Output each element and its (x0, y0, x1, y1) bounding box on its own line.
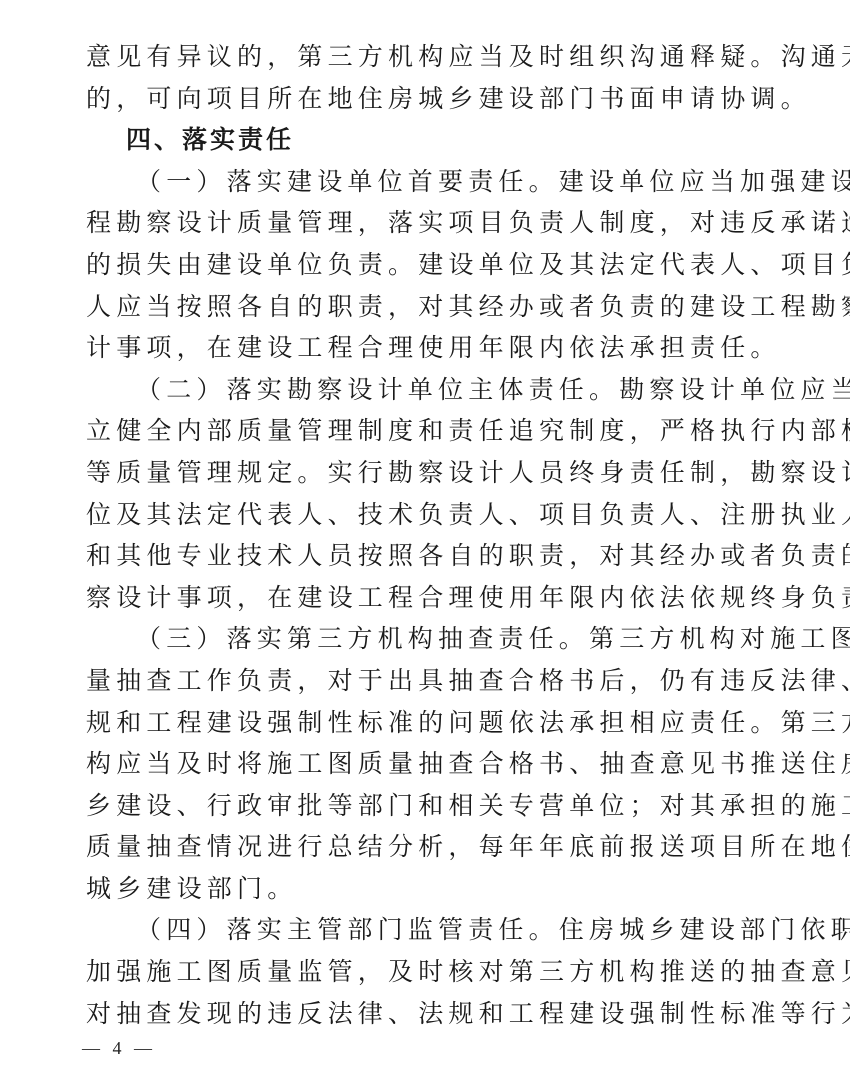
text-line: 加强施工图质量监管，及时核对第三方机构推送的抽查意见书， (86, 951, 726, 993)
text-line: 构应当及时将施工图质量抽查合格书、抽查意见书推送住房城 (86, 743, 726, 785)
paragraph-2: （二）落实勘察设计单位主体责任。勘察设计单位应当建 立健全内部质量管理制度和责任… (86, 369, 726, 619)
text-line: （二）落实勘察设计单位主体责任。勘察设计单位应当建 (86, 369, 726, 411)
paragraph-1: （一）落实建设单位首要责任。建设单位应当加强建设工 程勘察设计质量管理，落实项目… (86, 161, 726, 369)
text-line: 城乡建设部门。 (86, 868, 726, 910)
paragraph-4: （四）落实主管部门监管责任。住房城乡建设部门依职责 加强施工图质量监管，及时核对… (86, 909, 726, 1034)
paragraph-3: （三）落实第三方机构抽查责任。第三方机构对施工图质 量抽查工作负责，对于出具抽查… (86, 618, 726, 909)
text-line: 位及其法定代表人、技术负责人、项目负责人、注册执业人员 (86, 494, 726, 536)
text-line: 立健全内部质量管理制度和责任追究制度，严格执行内部校审 (86, 410, 726, 452)
page-number: — 4 — (82, 1038, 156, 1059)
text-line: 规和工程建设强制性标准的问题依法承担相应责任。第三方机 (86, 702, 726, 744)
text-line: 程勘察设计质量管理，落实项目负责人制度，对违反承诺造成 (86, 202, 726, 244)
text-line: 意见有异议的，第三方机构应当及时组织沟通释疑。沟通无果 (86, 36, 726, 78)
text-line: 的，可向项目所在地住房城乡建设部门书面申请协调。 (86, 78, 726, 120)
section-heading: 四、落实责任 (86, 119, 726, 161)
text-line: 量抽查工作负责，对于出具抽查合格书后，仍有违反法律、法 (86, 660, 726, 702)
text-line: 乡建设、行政审批等部门和相关专营单位；对其承担的施工图 (86, 785, 726, 827)
text-line: 计事项，在建设工程合理使用年限内依法承担责任。 (86, 327, 726, 369)
text-line: 的损失由建设单位负责。建设单位及其法定代表人、项目负责 (86, 244, 726, 286)
text-line: 人应当按照各自的职责，对其经办或者负责的建设工程勘察设 (86, 286, 726, 328)
text-line: 和其他专业技术人员按照各自的职责，对其经办或者负责的勘 (86, 535, 726, 577)
text-line: （一）落实建设单位首要责任。建设单位应当加强建设工 (86, 161, 726, 203)
text-line: 对抽查发现的违反法律、法规和工程建设强制性标准等行为依 (86, 993, 726, 1035)
text-line: （四）落实主管部门监管责任。住房城乡建设部门依职责 (86, 909, 726, 951)
text-line: 质量抽查情况进行总结分析，每年年底前报送项目所在地住房 (86, 826, 726, 868)
text-line: 等质量管理规定。实行勘察设计人员终身责任制，勘察设计单 (86, 452, 726, 494)
text-line: （三）落实第三方机构抽查责任。第三方机构对施工图质 (86, 618, 726, 660)
text-line: 察设计事项，在建设工程合理使用年限内依法依规终身负责。 (86, 577, 726, 619)
document-page: 意见有异议的，第三方机构应当及时组织沟通释疑。沟通无果 的，可向项目所在地住房城… (86, 36, 726, 1034)
